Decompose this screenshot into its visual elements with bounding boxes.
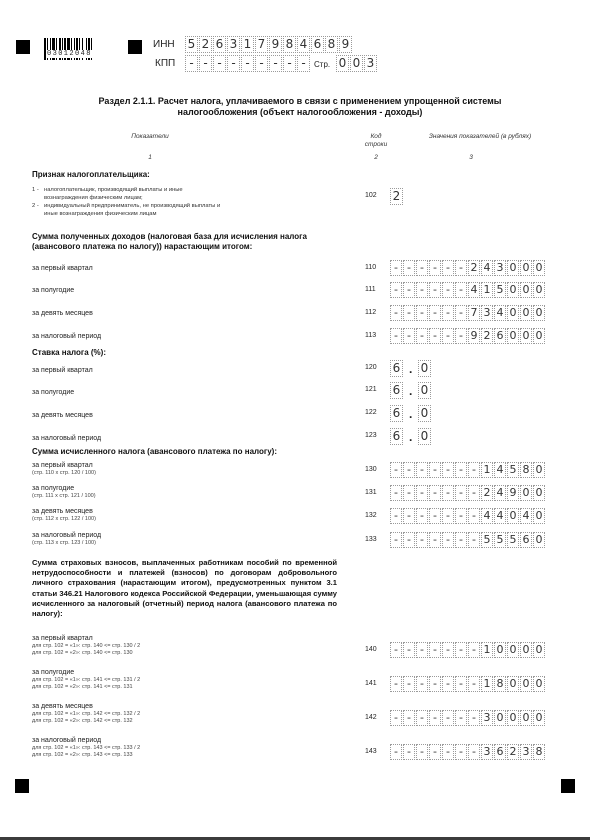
digit-cell[interactable]: -: [403, 305, 415, 321]
digit-cell[interactable]: -: [468, 744, 480, 760]
income-field-111[interactable]: ------415000: [390, 282, 546, 298]
digit-cell[interactable]: -: [442, 532, 454, 548]
digit-cell[interactable]: -: [429, 305, 441, 321]
insurance-field-142[interactable]: -------30000: [390, 710, 546, 726]
rate-frac-field-123[interactable]: 0: [418, 428, 432, 445]
digit-cell[interactable]: -: [468, 642, 480, 658]
digit-cell[interactable]: -: [429, 710, 441, 726]
digit-cell[interactable]: 6: [390, 382, 403, 399]
tax-row-formula: (стр. 113 х стр. 123 / 100): [32, 540, 101, 547]
digit-cell[interactable]: 0: [507, 710, 519, 726]
digit-cell[interactable]: -: [442, 282, 454, 298]
digit-cell[interactable]: 0: [336, 55, 349, 72]
digit-cell[interactable]: -: [403, 282, 415, 298]
decimal-point: .: [409, 362, 412, 376]
digit-cell[interactable]: -: [468, 508, 480, 524]
digit-cell[interactable]: 0: [533, 462, 545, 478]
digit-cell[interactable]: -: [403, 260, 415, 276]
digit-cell[interactable]: 0: [507, 260, 519, 276]
digit-cell[interactable]: 5: [494, 532, 506, 548]
registration-marker-bottom-left: [15, 779, 29, 793]
digit-cell[interactable]: 4: [494, 508, 506, 524]
digit-cell[interactable]: -: [390, 485, 402, 501]
digit-cell[interactable]: 0: [533, 676, 545, 692]
digit-cell[interactable]: 3: [481, 710, 493, 726]
digit-cell[interactable]: -: [416, 532, 428, 548]
column-header-code-line1: Код: [356, 133, 396, 141]
digit-cell[interactable]: -: [416, 282, 428, 298]
code-133: 133: [365, 536, 385, 543]
insurance-row-label: за налоговый периоддля стр. 102 = «1»: с…: [32, 736, 140, 759]
code-140: 140: [365, 646, 385, 653]
column-header-values: Значения показателей (в рублях): [400, 133, 560, 141]
digit-cell[interactable]: 1: [481, 642, 493, 658]
digit-cell[interactable]: 0: [418, 405, 431, 422]
income-row-label: за первый квартал: [32, 264, 93, 273]
digit-cell[interactable]: 9: [339, 36, 352, 53]
digit-cell[interactable]: -: [442, 710, 454, 726]
registration-marker-top-center: [128, 40, 142, 54]
digit-cell[interactable]: 0: [520, 305, 532, 321]
tax-row-title: за первый квартал: [32, 462, 93, 469]
code-111: 111: [365, 286, 385, 293]
rate-int-field-122[interactable]: 6: [390, 405, 404, 422]
section-title-line1: Раздел 2.1.1. Расчет налога, уплачиваемо…: [60, 96, 540, 107]
column-header-indicators: Показатели: [110, 133, 190, 141]
code-142: 142: [365, 714, 385, 721]
digit-cell[interactable]: -: [403, 744, 415, 760]
digit-cell[interactable]: -: [455, 305, 467, 321]
insurance-row-rule-2: для стр. 102 = «2»: стр. 141 <= стр. 131: [32, 684, 140, 691]
digit-cell[interactable]: 0: [418, 428, 431, 445]
income-row-label: за полугодие: [32, 286, 74, 295]
digit-cell[interactable]: 2: [468, 260, 480, 276]
digit-cell[interactable]: -: [468, 676, 480, 692]
digit-cell[interactable]: 9: [269, 36, 282, 53]
rate-row-label: за первый квартал: [32, 366, 93, 375]
digit-cell[interactable]: -: [455, 676, 467, 692]
digit-cell[interactable]: -: [455, 642, 467, 658]
insurance-field-143[interactable]: -------36238: [390, 744, 546, 760]
digit-cell[interactable]: 3: [481, 744, 493, 760]
digit-cell[interactable]: -: [429, 532, 441, 548]
digit-cell[interactable]: -: [390, 744, 402, 760]
digit-cell[interactable]: -: [390, 710, 402, 726]
code-102: 102: [365, 192, 385, 199]
digit-cell[interactable]: 0: [507, 305, 519, 321]
digit-cell[interactable]: 1: [481, 462, 493, 478]
digit-cell[interactable]: 5: [507, 532, 519, 548]
digit-cell[interactable]: 6: [213, 36, 226, 53]
code-120: 120: [365, 364, 385, 371]
code-123: 123: [365, 432, 385, 439]
rate-heading: Ставка налога (%):: [32, 348, 106, 358]
digit-cell[interactable]: -: [416, 305, 428, 321]
insurance-row-label: за девять месяцевдля стр. 102 = «1»: стр…: [32, 702, 140, 725]
registration-marker-top-left: [16, 40, 30, 54]
rate-row-label: за девять месяцев: [32, 411, 93, 420]
digit-cell[interactable]: 4: [520, 508, 532, 524]
insurance-heading: Сумма страховых взносов, выплаченных раб…: [32, 558, 337, 619]
digit-cell[interactable]: -: [429, 328, 441, 344]
digit-cell[interactable]: -: [403, 485, 415, 501]
rate-int-field-120[interactable]: 6: [390, 360, 404, 377]
digit-cell[interactable]: -: [429, 282, 441, 298]
digit-cell[interactable]: 8: [325, 36, 338, 53]
digit-cell[interactable]: 0: [520, 485, 532, 501]
digit-cell[interactable]: -: [455, 485, 467, 501]
tax-row-title: за девять месяцев: [32, 508, 93, 515]
digit-cell[interactable]: 1: [481, 676, 493, 692]
digit-cell[interactable]: 0: [533, 328, 545, 344]
digit-cell[interactable]: -: [429, 642, 441, 658]
digit-cell[interactable]: -: [455, 282, 467, 298]
digit-cell[interactable]: -: [416, 462, 428, 478]
insurance-row-label: за первый кварталдля стр. 102 = «1»: стр…: [32, 634, 140, 657]
digit-cell[interactable]: 0: [533, 710, 545, 726]
digit-cell[interactable]: -: [255, 55, 268, 72]
digit-cell[interactable]: -: [429, 260, 441, 276]
digit-cell[interactable]: -: [297, 55, 310, 72]
digit-cell[interactable]: 2: [481, 485, 493, 501]
page-number-field[interactable]: 003: [336, 55, 378, 72]
digit-cell[interactable]: -: [403, 642, 415, 658]
insurance-row-rule-1: для стр. 102 = «1»: стр. 141 <= стр. 131…: [32, 677, 140, 684]
digit-cell[interactable]: -: [390, 642, 402, 658]
code-122: 122: [365, 409, 385, 416]
code-132: 132: [365, 512, 385, 519]
rate-frac-field-121[interactable]: 0: [418, 382, 432, 399]
digit-cell[interactable]: -: [442, 744, 454, 760]
digit-cell[interactable]: 0: [520, 260, 532, 276]
digit-cell[interactable]: -: [390, 282, 402, 298]
insurance-row-rule-2: для стр. 102 = «2»: стр. 140 <= стр. 130: [32, 650, 140, 657]
taxpayer-option-1: 1 -налогоплательщик, производящий выплат…: [32, 187, 183, 202]
digit-cell[interactable]: -: [416, 676, 428, 692]
digit-cell[interactable]: -: [429, 462, 441, 478]
digit-cell[interactable]: 5: [185, 36, 198, 53]
digit-cell[interactable]: -: [468, 462, 480, 478]
digit-cell[interactable]: 1: [241, 36, 254, 53]
insurance-row-title: за девять месяцев: [32, 703, 93, 710]
tax-row-label: за полугодие(стр. 111 х стр. 121 / 100): [32, 484, 96, 500]
digit-cell[interactable]: 0: [507, 642, 519, 658]
insurance-row-rule-1: для стр. 102 = «1»: стр. 143 <= стр. 133…: [32, 745, 140, 752]
digit-cell[interactable]: -: [455, 744, 467, 760]
insurance-row-title: за первый квартал: [32, 635, 93, 642]
column-number-2: 2: [366, 154, 386, 162]
digit-cell[interactable]: -: [390, 532, 402, 548]
digit-cell[interactable]: -: [468, 532, 480, 548]
tax-row-label: за девять месяцев(стр. 112 х стр. 122 / …: [32, 507, 96, 523]
digit-cell[interactable]: -: [390, 328, 402, 344]
insurance-field-141[interactable]: -------18000: [390, 676, 546, 692]
taxpayer-option-2: 2 -индивидуальный предприниматель, не пр…: [32, 203, 220, 218]
digit-cell[interactable]: 4: [494, 485, 506, 501]
digit-cell[interactable]: -: [241, 55, 254, 72]
insurance-row-title: за налоговый период: [32, 737, 101, 744]
digit-cell[interactable]: 8: [520, 462, 532, 478]
digit-cell[interactable]: 0: [533, 508, 545, 524]
insurance-row-rule-2: для стр. 102 = «2»: стр. 143 <= стр. 133: [32, 752, 140, 759]
digit-cell[interactable]: 2: [507, 744, 519, 760]
digit-cell[interactable]: 6: [390, 428, 403, 445]
digit-cell[interactable]: 6: [520, 532, 532, 548]
digit-cell[interactable]: 3: [227, 36, 240, 53]
digit-cell[interactable]: 3: [481, 305, 493, 321]
digit-cell[interactable]: -: [429, 744, 441, 760]
digit-cell[interactable]: -: [185, 55, 198, 72]
income-field-112[interactable]: ------734000: [390, 305, 546, 321]
tax-row-title: за полугодие: [32, 485, 74, 492]
digit-cell[interactable]: -: [442, 485, 454, 501]
kpp-field[interactable]: ---------: [185, 55, 311, 72]
rate-frac-field-120[interactable]: 0: [418, 360, 432, 377]
digit-cell[interactable]: -: [416, 642, 428, 658]
digit-cell[interactable]: -: [403, 532, 415, 548]
digit-cell[interactable]: 0: [507, 676, 519, 692]
insurance-row-rule-1: для стр. 102 = «1»: стр. 140 <= стр. 130…: [32, 643, 140, 650]
digit-cell[interactable]: -: [227, 55, 240, 72]
digit-cell[interactable]: 0: [533, 532, 545, 548]
digit-cell[interactable]: -: [455, 260, 467, 276]
digit-cell[interactable]: 0: [520, 676, 532, 692]
digit-cell[interactable]: -: [403, 710, 415, 726]
digit-cell[interactable]: -: [429, 676, 441, 692]
code-131: 131: [365, 489, 385, 496]
taxpayer-sign-field[interactable]: 2: [390, 188, 404, 205]
digit-cell[interactable]: 8: [533, 744, 545, 760]
digit-cell[interactable]: -: [416, 260, 428, 276]
insurance-row-title: за полугодие: [32, 669, 74, 676]
digit-cell[interactable]: 0: [520, 710, 532, 726]
tax-row-label: за первый квартал(стр. 110 х стр. 120 / …: [32, 461, 96, 477]
digit-cell[interactable]: 4: [297, 36, 310, 53]
digit-cell[interactable]: 0: [494, 710, 506, 726]
tax-field-131[interactable]: -------24900: [390, 485, 546, 501]
digit-cell[interactable]: 0: [520, 282, 532, 298]
digit-cell[interactable]: 4: [481, 508, 493, 524]
digit-cell[interactable]: 5: [494, 282, 506, 298]
digit-cell[interactable]: 0: [418, 382, 431, 399]
digit-cell[interactable]: 8: [283, 36, 296, 53]
income-field-113[interactable]: ------926000: [390, 328, 546, 344]
digit-cell[interactable]: -: [390, 462, 402, 478]
digit-cell[interactable]: 0: [507, 328, 519, 344]
digit-cell[interactable]: -: [390, 508, 402, 524]
digit-cell[interactable]: 6: [311, 36, 324, 53]
insurance-row-label: за полугодиедля стр. 102 = «1»: стр. 141…: [32, 668, 140, 691]
code-112: 112: [365, 309, 385, 316]
section-title-line2: налогообложения (объект налогообложения …: [60, 107, 540, 118]
digit-cell[interactable]: -: [390, 260, 402, 276]
digit-cell[interactable]: 4: [481, 260, 493, 276]
digit-cell[interactable]: 9: [507, 485, 519, 501]
digit-cell[interactable]: 9: [468, 328, 480, 344]
tax-field-132[interactable]: -------44040: [390, 508, 546, 524]
digit-cell[interactable]: 0: [520, 642, 532, 658]
digit-cell[interactable]: -: [403, 508, 415, 524]
digit-cell[interactable]: -: [455, 462, 467, 478]
digit-cell[interactable]: -: [429, 508, 441, 524]
digit-cell[interactable]: -: [429, 485, 441, 501]
digit-cell[interactable]: -: [416, 710, 428, 726]
digit-cell[interactable]: -: [403, 328, 415, 344]
tax-field-133[interactable]: -------55560: [390, 532, 546, 548]
digit-cell[interactable]: 0: [533, 260, 545, 276]
digit-cell[interactable]: -: [416, 485, 428, 501]
digit-cell[interactable]: 7: [468, 305, 480, 321]
digit-cell[interactable]: 5: [481, 532, 493, 548]
barcode-number: 03012048: [46, 50, 93, 58]
insurance-field-140[interactable]: -------10000: [390, 642, 546, 658]
digit-cell[interactable]: 5: [507, 462, 519, 478]
section-title: Раздел 2.1.1. Расчет налога, уплачиваемо…: [60, 96, 540, 118]
digit-cell[interactable]: -: [442, 260, 454, 276]
digit-cell[interactable]: -: [442, 642, 454, 658]
insurance-row-rule-1: для стр. 102 = «1»: стр. 142 <= стр. 132…: [32, 711, 140, 718]
tax-field-130[interactable]: -------14580: [390, 462, 546, 478]
code-130: 130: [365, 466, 385, 473]
digit-cell[interactable]: 2: [199, 36, 212, 53]
column-number-3: 3: [461, 154, 481, 162]
code-143: 143: [365, 748, 385, 755]
digit-cell[interactable]: 0: [494, 642, 506, 658]
decimal-point: .: [409, 384, 412, 398]
rate-int-field-123[interactable]: 6: [390, 428, 404, 445]
digit-cell[interactable]: 6: [494, 328, 506, 344]
decimal-point: .: [409, 430, 412, 444]
income-heading: Сумма полученных доходов (налоговая база…: [32, 232, 307, 252]
page-label: Стр.: [314, 60, 330, 69]
digit-cell[interactable]: -: [455, 508, 467, 524]
digit-cell[interactable]: -: [269, 55, 282, 72]
inn-label: ИНН: [153, 39, 175, 50]
digit-cell[interactable]: -: [442, 676, 454, 692]
digit-cell[interactable]: 7: [255, 36, 268, 53]
digit-cell[interactable]: -: [390, 676, 402, 692]
digit-cell[interactable]: 4: [494, 305, 506, 321]
column-header-code-line2: строки: [356, 141, 396, 149]
digit-cell[interactable]: 0: [533, 305, 545, 321]
digit-cell[interactable]: 6: [494, 744, 506, 760]
digit-cell[interactable]: 2: [481, 328, 493, 344]
digit-cell[interactable]: -: [416, 508, 428, 524]
rate-row-label: за полугодие: [32, 388, 74, 397]
digit-cell[interactable]: -: [442, 462, 454, 478]
digit-cell[interactable]: 1: [481, 282, 493, 298]
income-row-label: за девять месяцев: [32, 309, 93, 318]
rate-frac-field-122[interactable]: 0: [418, 405, 432, 422]
registration-marker-bottom-right: [561, 779, 575, 793]
tax-row-formula: (стр. 110 х стр. 120 / 100): [32, 470, 96, 477]
digit-cell[interactable]: -: [416, 328, 428, 344]
tax-row-title: за налоговый период: [32, 532, 101, 539]
tax-row-label: за налоговый период(стр. 113 х стр. 123 …: [32, 531, 101, 547]
digit-cell[interactable]: 8: [494, 676, 506, 692]
digit-cell[interactable]: 4: [468, 282, 480, 298]
digit-cell[interactable]: 3: [520, 744, 532, 760]
column-number-1: 1: [140, 154, 160, 162]
digit-cell[interactable]: -: [283, 55, 296, 72]
rate-row-label: за налоговый период: [32, 434, 101, 443]
digit-cell[interactable]: 4: [494, 462, 506, 478]
digit-cell[interactable]: -: [403, 462, 415, 478]
kpp-label: КПП: [155, 58, 175, 69]
digit-cell[interactable]: -: [213, 55, 226, 72]
digit-cell[interactable]: 3: [494, 260, 506, 276]
digit-cell[interactable]: -: [468, 485, 480, 501]
digit-cell[interactable]: -: [455, 532, 467, 548]
code-141: 141: [365, 680, 385, 687]
digit-cell[interactable]: -: [390, 305, 402, 321]
income-field-110[interactable]: ------243000: [390, 260, 546, 276]
digit-cell[interactable]: -: [199, 55, 212, 72]
digit-cell[interactable]: 6: [390, 360, 403, 377]
digit-cell[interactable]: 0: [507, 282, 519, 298]
digit-cell[interactable]: -: [442, 305, 454, 321]
digit-cell[interactable]: -: [442, 328, 454, 344]
digit-cell[interactable]: 0: [533, 282, 545, 298]
column-header-code: Код строки: [356, 133, 396, 149]
code-110: 110: [365, 264, 385, 271]
digit-cell[interactable]: 0: [533, 485, 545, 501]
digit-cell[interactable]: 2: [390, 188, 403, 205]
digit-cell[interactable]: -: [403, 676, 415, 692]
digit-cell[interactable]: -: [455, 328, 467, 344]
digit-cell[interactable]: 0: [418, 360, 431, 377]
decimal-point: .: [409, 407, 412, 421]
digit-cell[interactable]: 3: [364, 55, 377, 72]
digit-cell[interactable]: -: [442, 508, 454, 524]
code-121: 121: [365, 386, 385, 393]
digit-cell[interactable]: 0: [507, 508, 519, 524]
inn-field[interactable]: 526317984689: [185, 36, 353, 53]
income-row-label: за налоговый период: [32, 332, 101, 341]
digit-cell[interactable]: -: [455, 710, 467, 726]
digit-cell[interactable]: 0: [350, 55, 363, 72]
digit-cell[interactable]: -: [468, 710, 480, 726]
code-113: 113: [365, 332, 385, 339]
digit-cell[interactable]: -: [416, 744, 428, 760]
insurance-row-rule-2: для стр. 102 = «2»: стр. 142 <= стр. 132: [32, 718, 140, 725]
digit-cell[interactable]: 6: [390, 405, 403, 422]
taxpayer-sign-heading: Признак налогоплательщика:: [32, 170, 150, 180]
tax-row-formula: (стр. 112 х стр. 122 / 100): [32, 516, 96, 523]
tax-row-formula: (стр. 111 х стр. 121 / 100): [32, 493, 96, 500]
digit-cell[interactable]: 0: [533, 642, 545, 658]
calculated-tax-heading: Сумма исчисленного налога (авансового пл…: [32, 447, 277, 457]
digit-cell[interactable]: 0: [520, 328, 532, 344]
rate-int-field-121[interactable]: 6: [390, 382, 404, 399]
